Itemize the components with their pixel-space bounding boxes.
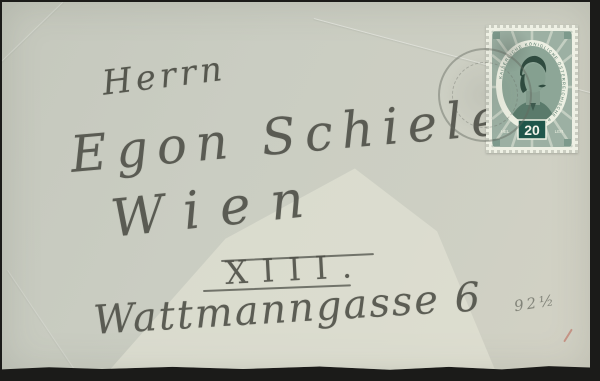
paper-crease	[7, 270, 81, 378]
paper-crease	[0, 2, 63, 69]
stamp-currency-right: LER	[555, 129, 565, 134]
postmark-circle	[438, 48, 532, 142]
stamp-denomination: 20	[524, 122, 540, 138]
envelope-photo: Herrn Egon Schiele Wien XIII. Wattmannga…	[0, 0, 600, 381]
postmark-inner-ring	[452, 62, 518, 128]
